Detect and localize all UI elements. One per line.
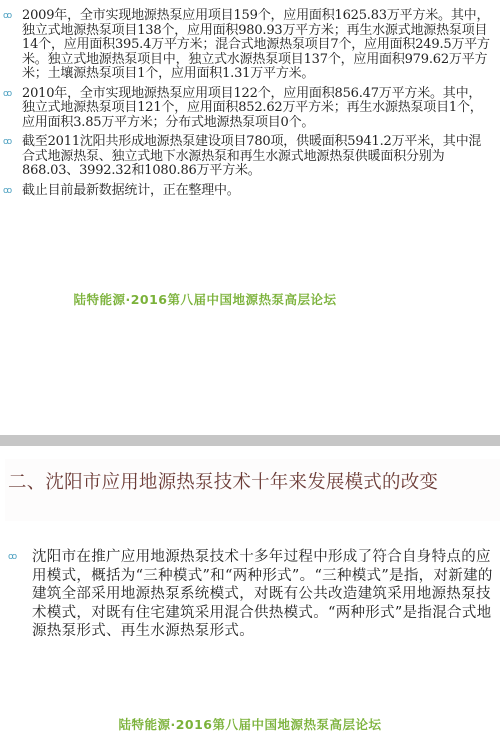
scroll-bullet-icon: ꝏ xyxy=(3,89,17,99)
bullet-item: ꝏ 沈阳市在推广应用地源热泵技术十多年过程中形成了符合自身特点的应用模式，概括为… xyxy=(0,548,495,641)
bullet-item: ꝏ 2010年，全市实现地源热泵应用项目122个，应用面积856.47万平方米。… xyxy=(0,87,490,131)
slide-2: 二、沈阳市应用地源热泵技术十年来发展模式的改变 ꝏ 沈阳市在推广应用地源热泵技术… xyxy=(0,446,500,750)
slide-1: ꝏ 2009年，全市实现地源热泵应用项目159个，应用面积1625.83万平方米… xyxy=(0,0,500,435)
bullet-item: ꝏ 截至2011沈阳共形成地源热泵建设项目780项，供暖面积5941.2万平米，… xyxy=(0,135,490,179)
slide-separator xyxy=(0,435,500,446)
slide-title: 二、沈阳市应用地源热泵技术十年来发展模式的改变 xyxy=(8,468,438,494)
bullet-item: ꝏ 2009年，全市实现地源热泵应用项目159个，应用面积1625.83万平方米… xyxy=(0,9,490,82)
bullet-list: ꝏ 沈阳市在推广应用地源热泵技术十多年过程中形成了符合自身特点的应用模式，概括为… xyxy=(0,548,495,646)
bullet-text: 沈阳市在推广应用地源热泵技术十多年过程中形成了符合自身特点的应用模式，概括为“三… xyxy=(32,549,493,639)
slide-footer: 陆特能源·2016第八届中国地源热泵高层论坛 xyxy=(0,290,500,308)
bullet-text: 截止目前最新数据统计，正在整理中。 xyxy=(22,183,240,198)
scroll-bullet-icon: ꝏ xyxy=(3,186,17,196)
bullet-list: ꝏ 2009年，全市实现地源热泵应用项目159个，应用面积1625.83万平方米… xyxy=(0,9,490,203)
scroll-bullet-icon: ꝏ xyxy=(3,11,17,21)
bullet-text: 2009年，全市实现地源热泵应用项目159个，应用面积1625.83万平方米。其… xyxy=(22,8,490,81)
bullet-text: 截至2011沈阳共形成地源热泵建设项目780项，供暖面积5941.2万平米，其中… xyxy=(22,134,481,178)
slide-footer: 陆特能源·2016第八届中国地源热泵高层论坛 xyxy=(0,715,500,733)
bullet-item: ꝏ 截止目前最新数据统计，正在整理中。 xyxy=(0,184,490,199)
scroll-bullet-icon: ꝏ xyxy=(8,552,22,562)
bullet-text: 2010年，全市实现地源热泵应用项目122个，应用面积856.47万平方米。其中… xyxy=(22,86,483,130)
scroll-bullet-icon: ꝏ xyxy=(3,137,17,147)
